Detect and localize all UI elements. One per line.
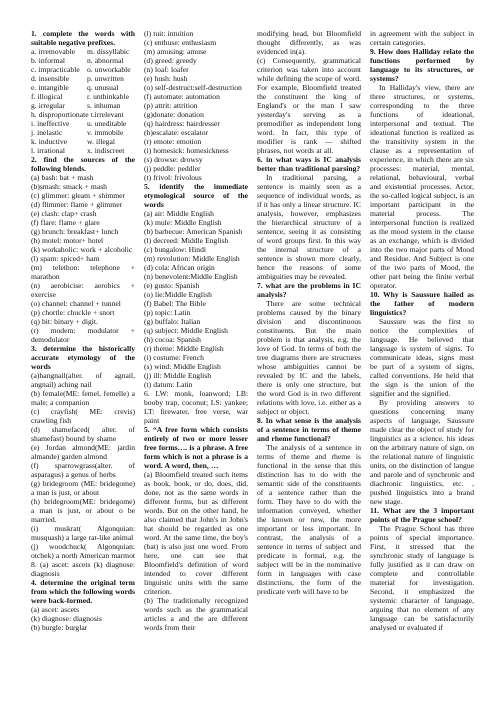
exercise-item: (l) spam: spiced+ ham — [31, 254, 135, 263]
prefix-pair-row: i. ineffectiveu. uneditable — [31, 119, 135, 128]
exercise-item: (r) theme: Middle English — [144, 344, 248, 353]
section-heading: 8. In what sense is the analysis of a se… — [257, 416, 361, 443]
prefix-pair-left: d. insensible — [31, 74, 87, 83]
exercise-item: (h) bridegroom(ME: bridegome) a man is j… — [31, 497, 135, 524]
text-column-1: 1. complete the words with suitable nega… — [31, 29, 135, 694]
section-heading: 1. complete the words with suitable nega… — [31, 29, 135, 47]
exercise-item: (o) channel: channel + tunnel — [31, 299, 135, 308]
exercise-item: (s) wind: Middle English — [144, 362, 248, 371]
exercise-item: (j) woodchuck( Algonquian: otchek) a nor… — [31, 542, 135, 578]
section-heading: 2. find the sources of the following ble… — [31, 155, 135, 173]
prefix-pair-left: a. irremovable — [31, 47, 87, 56]
exercise-item: (t) datum: Latin — [144, 380, 248, 389]
prefix-pair-left: c. impracticable — [31, 65, 87, 74]
prefix-pair-right: n. abnormal — [87, 56, 135, 65]
exercise-item: (f) automate: automation — [144, 92, 248, 101]
prefix-pair-left: k. inductive — [31, 137, 87, 146]
exercise-item: (m) amusing: amuse — [144, 47, 248, 56]
answer-paragraph: In Halliday's view, there are three stru… — [370, 83, 474, 290]
prefix-pair-right: p. unwritten — [87, 74, 135, 83]
exercise-item: in agreement with the subject in certain… — [370, 29, 474, 47]
answer-paragraph: The analysis of a sentence in terms of t… — [257, 443, 361, 596]
exercise-item: (i) homesick: homesickness — [144, 146, 248, 155]
prefix-pair-left: b. informal — [31, 56, 87, 65]
section-heading: 5. “A free form which consists entirely … — [144, 425, 248, 470]
exercise-item: (d) cola: African origin — [144, 263, 248, 272]
exercise-item: 6. LW: monk, loanword; LB: booby trap, c… — [144, 389, 248, 425]
prefix-pair-left: f. illogical — [31, 92, 87, 101]
exercise-item: (n) aerobicise: aerobics + exercise — [31, 281, 135, 299]
exercise-item: (b) barbecue: American Spanish — [144, 227, 248, 236]
prefix-pair-row: l. irrationalx. indiscreet — [31, 146, 135, 155]
exercise-item: (q) subject: Middle English — [144, 326, 248, 335]
exercise-item: (b) The traditionally recognized words s… — [144, 596, 248, 632]
prefix-pair-right: r. unthinkable — [87, 92, 135, 101]
text-column-4: in agreement with the subject in certain… — [370, 29, 474, 694]
prefix-pair-left: l. irrational — [31, 146, 87, 155]
prefix-pair-left: e. intangible — [31, 83, 87, 92]
section-heading: 5. identify the immediate etymological s… — [144, 182, 248, 209]
section-heading: 7. what are the problems in IC analysis? — [257, 281, 361, 299]
exercise-item: (k) mule: Middle English — [144, 218, 248, 227]
prefix-pair-row: c. impracticableo. unworkable — [31, 65, 135, 74]
section-heading: 11. What are the 3 important points of t… — [370, 506, 474, 524]
document-page: 1. complete the words with suitable nega… — [0, 0, 496, 702]
exercise-item: (e) clash: clap+ crash — [31, 209, 135, 218]
exercise-item: (f) sparrowgrass(alter. of asparagus) a … — [31, 461, 135, 479]
exercise-item: (g) brunch: breakfast+ lunch — [31, 227, 135, 236]
exercise-item: (c) crayfish( ME: crevis) crawling fish — [31, 407, 135, 425]
prefix-pair-row: a. irremovablem. dissyllabic — [31, 47, 135, 56]
section-heading: 9. How does Halliday relate the function… — [370, 47, 474, 83]
prefix-pair-row: f. illogicalr. unthinkable — [31, 92, 135, 101]
exercise-item: (j) peddle: peddler — [144, 164, 248, 173]
section-heading: 4. determine the original term from whic… — [31, 578, 135, 605]
exercise-item: (h) cocoa: Spanish — [144, 335, 248, 344]
exercise-item: (h) motel: motor+ hotel — [31, 236, 135, 245]
exercise-item: (q) bit: binary + digit. — [31, 317, 135, 326]
prefix-pair-row: d. insensiblep. unwritten — [31, 74, 135, 83]
prefix-pair-right: x. indiscreet — [87, 146, 135, 155]
exercise-item: (h)escalate: escalator — [144, 128, 248, 137]
exercise-item: (c) Consequently, grammatical criterion … — [257, 56, 361, 155]
exercise-item: (d) flimmer: flame + glimmer — [31, 200, 135, 209]
section-heading: 3. determine the historically accurate e… — [31, 344, 135, 371]
exercise-item: (r) modem: modulator + demodulator — [31, 326, 135, 344]
exercise-item: (b) female(ME: femel, femelle) a male; a… — [31, 389, 135, 407]
prefix-pair-row: k. inductivew. illegal — [31, 137, 135, 146]
exercise-item: (m) telethon: telephone + marathon — [31, 263, 135, 281]
exercise-item: (p) attrit: attrition — [144, 101, 248, 110]
exercise-item: (m) revolution: Middle English — [144, 254, 248, 263]
exercise-item: (f) Babel: The Bible — [144, 299, 248, 308]
prefix-pair-row: g. irregulars. inhuman — [31, 101, 135, 110]
exercise-item: (b)smash: smack + mash — [31, 182, 135, 191]
answer-paragraph: In traditional parsing, a sentence is ma… — [257, 173, 361, 281]
exercise-item: (n) benevolent:Middle English — [144, 272, 248, 281]
exercise-item: (a) bash: bat + mash — [31, 173, 135, 182]
exercise-item: (e) gusto: Spanish — [144, 281, 248, 290]
exercise-item: (i) muskrat( Algonquian: musquash) a lar… — [31, 524, 135, 542]
text-column-2: (l) tuit: intuition(c) enthuse: enthusia… — [144, 29, 248, 694]
exercise-item: (a) Bloomfield treated such items as boo… — [144, 470, 248, 596]
exercise-item: (p) chortle: chuckle + snort — [31, 308, 135, 317]
exercise-item: (d) shamefaced( alter. of shamefast) bou… — [31, 425, 135, 443]
prefix-pair-right: s. inhuman — [87, 101, 135, 110]
answer-paragraph: The Prague School has three points of sp… — [370, 524, 474, 632]
section-heading: 6. in what ways is IC analysis better th… — [257, 155, 361, 173]
exercise-item: (g) bridegroom (ME: bridegome) a man is … — [31, 479, 135, 497]
prefix-pair-row: b. informaln. abnormal — [31, 56, 135, 65]
exercise-item: (r) emote: emotion — [144, 137, 248, 146]
exercise-item: (l) tuit: intuition — [144, 29, 248, 38]
exercise-item: (c) glimmer: gleam + shimmer — [31, 191, 135, 200]
exercise-item: (o) self-destruct:self-destruction — [144, 83, 248, 92]
exercise-item: (k) workaholic: work + alcoholic — [31, 245, 135, 254]
exercise-item: (k) diagnose: diagnosis — [31, 614, 135, 623]
exercise-item: (n) loaf: loafer — [144, 65, 248, 74]
exercise-item: (c) bungalow: Hindi — [144, 245, 248, 254]
prefix-pair-left: g. irregular — [31, 101, 87, 110]
prefix-pair-row: h. disproportionatet.irrelevant — [31, 110, 135, 119]
exercise-item: (a) ascet: ascets — [31, 605, 135, 614]
prefix-pair-left: i. ineffective — [31, 119, 87, 128]
exercise-item: (a) air: Middle English — [144, 209, 248, 218]
exercise-item: (d) greed: greedy — [144, 56, 248, 65]
exercise-item: (a)hangnail(alter. of agnail, angnail) a… — [31, 371, 135, 389]
exercise-item: (f) flare: flame + glare — [31, 218, 135, 227]
prefix-pair-right: u. uneditable — [87, 119, 135, 128]
exercise-item: (p) topic: Latin — [144, 308, 248, 317]
exercise-item: modifying head, but Bloomfield thought d… — [257, 29, 361, 56]
prefix-pair-right: w. illegal — [87, 137, 135, 146]
prefix-pair-right: m. dissyllabic — [87, 47, 135, 56]
answer-paragraph: By providing answers to questions concer… — [370, 398, 474, 506]
prefix-pair-row: j. inelasticv. immobile — [31, 128, 135, 137]
exercise-item: (l) decreed: Middle English — [144, 236, 248, 245]
exercise-item: (g) buffalo: Italian — [144, 317, 248, 326]
exercise-item: (e) hush: hush — [144, 74, 248, 83]
exercise-item: (j) ill: Middle English — [144, 371, 248, 380]
exercise-item: (t) frivol: frivolous — [144, 173, 248, 182]
prefix-pair-right: t.irrelevant — [91, 110, 135, 119]
exercise-item: (o) lie:Middle English — [144, 290, 248, 299]
exercise-item: (c) enthuse: enthusiasm — [144, 38, 248, 47]
prefix-pair-left: h. disproportionate — [31, 110, 91, 119]
prefix-pair-right: v. immobile — [87, 128, 135, 137]
answer-paragraph: Saussure was the first to notice the com… — [370, 317, 474, 398]
answer-paragraph: There are some technical problems caused… — [257, 299, 361, 416]
prefix-pair-right: o. unworkable — [87, 65, 135, 74]
exercise-item: (g)donate: donation — [144, 110, 248, 119]
exercise-item: (e) Jordan almond(ME: jardin almande) ga… — [31, 443, 135, 461]
prefix-pair-right: q. unusual — [87, 83, 135, 92]
exercise-item: (s) drowse: drowsy — [144, 155, 248, 164]
prefix-pair-row: e. intangibleq. unusual — [31, 83, 135, 92]
section-heading: 10. Why is Saussure hailed as the father… — [370, 290, 474, 317]
exercise-item: (q) hairdress: hairdresser — [144, 119, 248, 128]
exercise-item: (b) burgle: burglar — [31, 623, 135, 632]
exercise-item: (i) costume: French — [144, 353, 248, 362]
text-column-3: modifying head, but Bloomfield thought d… — [257, 29, 361, 694]
prefix-pair-left: j. inelastic — [31, 128, 87, 137]
